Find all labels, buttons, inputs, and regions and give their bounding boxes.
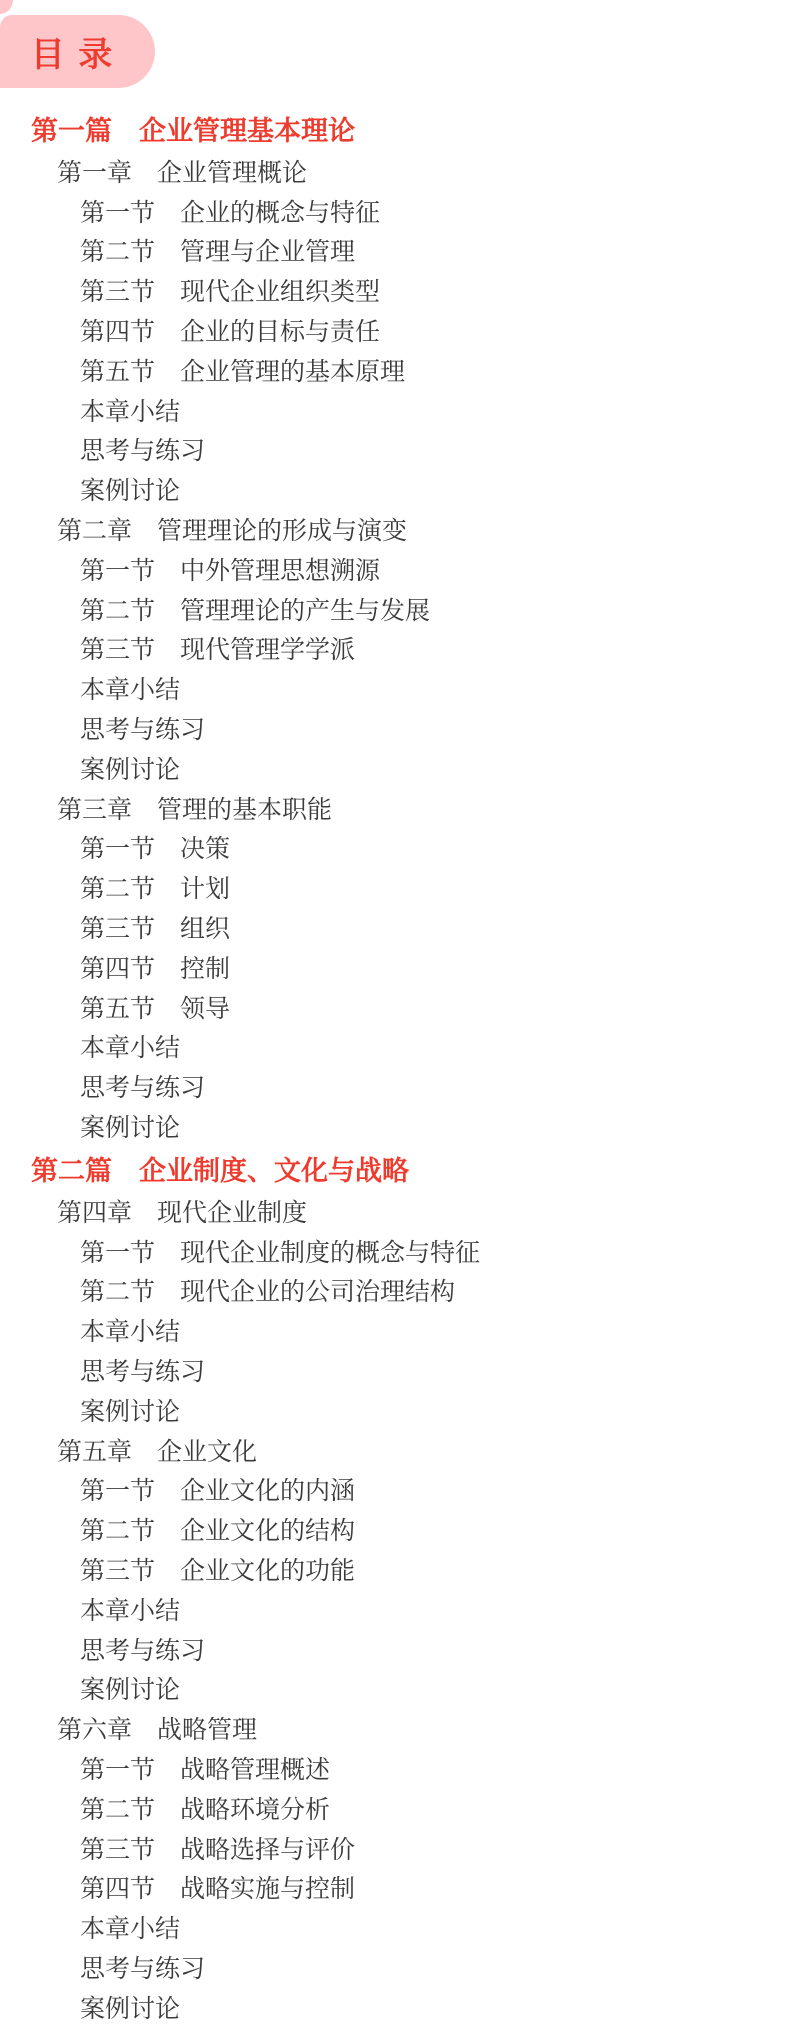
toc-entry-label: 第一章 xyxy=(57,153,132,189)
toc-entry-chapter[interactable]: 第六章战略管理 xyxy=(0,1708,790,1748)
toc-entry-back[interactable]: 本章小结 xyxy=(0,1310,790,1350)
toc-entry-label: 第二章 xyxy=(57,511,132,547)
toc-entry-back[interactable]: 案例讨论 xyxy=(0,469,790,509)
toc-entry-title: 思考与练习 xyxy=(80,1068,205,1104)
toc-entry-section[interactable]: 第二节战略环境分析 xyxy=(0,1788,790,1828)
badge-corner-fragment xyxy=(0,0,13,14)
toc-entry-back[interactable]: 思考与练习 xyxy=(0,1350,790,1390)
toc-entry-back[interactable]: 本章小结 xyxy=(0,1027,790,1067)
toc-entry-label: 第一篇 xyxy=(31,109,112,148)
toc-entry-label: 第六章 xyxy=(57,1710,132,1746)
toc-entry-title: 计划 xyxy=(180,869,230,905)
toc-entry-title: 管理理论的形成与演变 xyxy=(157,511,407,547)
toc-entry-back[interactable]: 本章小结 xyxy=(0,1907,790,1947)
toc-entry-section[interactable]: 第一节企业文化的内涵 xyxy=(0,1470,790,1510)
toc-entry-label: 第三节 xyxy=(80,1551,155,1587)
toc-entry-title: 思考与练习 xyxy=(80,431,205,467)
toc-entry-title: 案例讨论 xyxy=(80,1108,180,1144)
toc-entry-label: 第一节 xyxy=(80,1471,155,1507)
toc-entry-label: 第一节 xyxy=(80,1233,155,1269)
toc-list: 第一篇企业管理基本理论第一章企业管理概论第一节企业的概念与特征第二节管理与企业管… xyxy=(0,106,790,2027)
toc-entry-title: 企业文化的功能 xyxy=(180,1551,355,1587)
toc-entry-section[interactable]: 第一节决策 xyxy=(0,828,790,868)
toc-entry-back[interactable]: 案例讨论 xyxy=(0,748,790,788)
toc-entry-back[interactable]: 思考与练习 xyxy=(0,1629,790,1669)
toc-entry-label: 第二节 xyxy=(80,232,155,268)
toc-entry-label: 第三节 xyxy=(80,630,155,666)
toc-entry-back[interactable]: 思考与练习 xyxy=(0,708,790,748)
toc-entry-section[interactable]: 第一节现代企业制度的概念与特征 xyxy=(0,1231,790,1271)
toc-entry-title: 管理的基本职能 xyxy=(157,790,332,826)
toc-entry-title: 思考与练习 xyxy=(80,1949,205,1985)
toc-entry-label: 第二节 xyxy=(80,1511,155,1547)
toc-entry-label: 第二节 xyxy=(80,869,155,905)
toc-entry-back[interactable]: 思考与练习 xyxy=(0,1947,790,1987)
toc-entry-back[interactable]: 案例讨论 xyxy=(0,1987,790,2027)
toc-entry-title: 企业的概念与特征 xyxy=(180,193,380,229)
toc-entry-title: 控制 xyxy=(180,949,230,985)
toc-entry-title: 案例讨论 xyxy=(80,1670,180,1706)
toc-entry-label: 第三节 xyxy=(80,1830,155,1866)
toc-entry-label: 第一节 xyxy=(80,193,155,229)
toc-entry-label: 第四章 xyxy=(57,1193,132,1229)
toc-entry-title: 企业管理基本理论 xyxy=(139,109,355,148)
toc-entry-back[interactable]: 思考与练习 xyxy=(0,430,790,470)
toc-entry-back[interactable]: 案例讨论 xyxy=(0,1668,790,1708)
toc-entry-section[interactable]: 第三节战略选择与评价 xyxy=(0,1828,790,1868)
toc-entry-title: 企业的目标与责任 xyxy=(180,312,380,348)
toc-entry-title: 案例讨论 xyxy=(80,471,180,507)
toc-entry-title: 战略选择与评价 xyxy=(180,1830,355,1866)
toc-entry-chapter[interactable]: 第四章现代企业制度 xyxy=(0,1191,790,1231)
toc-entry-title: 战略实施与控制 xyxy=(180,1869,355,1905)
toc-entry-title: 本章小结 xyxy=(80,670,180,706)
badge-pill: 目 录 xyxy=(0,15,155,88)
toc-entry-title: 中外管理思想溯源 xyxy=(180,551,380,587)
toc-entry-back[interactable]: 案例讨论 xyxy=(0,1106,790,1146)
toc-entry-label: 第二节 xyxy=(80,1272,155,1308)
toc-entry-section[interactable]: 第二节计划 xyxy=(0,867,790,907)
toc-entry-title: 组织 xyxy=(180,909,230,945)
toc-entry-title: 现代管理学学派 xyxy=(180,630,355,666)
toc-entry-title: 企业文化的内涵 xyxy=(180,1471,355,1507)
toc-entry-section[interactable]: 第四节控制 xyxy=(0,947,790,987)
toc-entry-label: 第二篇 xyxy=(31,1149,112,1188)
toc-entry-section[interactable]: 第四节战略实施与控制 xyxy=(0,1867,790,1907)
toc-entry-back[interactable]: 本章小结 xyxy=(0,668,790,708)
toc-entry-section[interactable]: 第五节企业管理的基本原理 xyxy=(0,350,790,390)
toc-entry-label: 第五节 xyxy=(80,989,155,1025)
toc-entry-label: 第五章 xyxy=(57,1432,132,1468)
toc-entry-title: 思考与练习 xyxy=(80,1352,205,1388)
toc-entry-title: 思考与练习 xyxy=(80,1631,205,1667)
toc-entry-title: 管理理论的产生与发展 xyxy=(180,591,430,627)
toc-entry-title: 决策 xyxy=(180,829,230,865)
toc-entry-label: 第三节 xyxy=(80,272,155,308)
toc-entry-title: 企业管理概论 xyxy=(157,153,307,189)
toc-entry-label: 第一节 xyxy=(80,829,155,865)
toc-entry-section[interactable]: 第三节企业文化的功能 xyxy=(0,1549,790,1589)
toc-entry-section[interactable]: 第四节企业的目标与责任 xyxy=(0,310,790,350)
toc-entry-back[interactable]: 思考与练习 xyxy=(0,1066,790,1106)
toc-entry-label: 第三节 xyxy=(80,909,155,945)
toc-entry-title: 现代企业组织类型 xyxy=(180,272,380,308)
toc-entry-title: 本章小结 xyxy=(80,392,180,428)
toc-entry-label: 第一节 xyxy=(80,551,155,587)
toc-entry-section[interactable]: 第三节现代管理学学派 xyxy=(0,629,790,669)
toc-entry-chapter[interactable]: 第二章管理理论的形成与演变 xyxy=(0,509,790,549)
toc-entry-section[interactable]: 第三节组织 xyxy=(0,907,790,947)
toc-entry-title: 现代企业制度 xyxy=(157,1193,307,1229)
toc-entry-title: 企业管理的基本原理 xyxy=(180,352,405,388)
toc-entry-label: 第四节 xyxy=(80,312,155,348)
toc-entry-title: 现代企业的公司治理结构 xyxy=(180,1272,455,1308)
page-title: 目 录 xyxy=(31,27,114,76)
toc-entry-chapter[interactable]: 第三章管理的基本职能 xyxy=(0,788,790,828)
toc-entry-section[interactable]: 第一节企业的概念与特征 xyxy=(0,191,790,231)
toc-entry-title: 企业制度、文化与战略 xyxy=(139,1149,409,1188)
toc-entry-part[interactable]: 第一篇企业管理基本理论 xyxy=(0,106,790,151)
toc-entry-section[interactable]: 第一节中外管理思想溯源 xyxy=(0,549,790,589)
toc-entry-label: 第二节 xyxy=(80,1790,155,1826)
toc-entry-back[interactable]: 案例讨论 xyxy=(0,1390,790,1430)
toc-entry-section[interactable]: 第三节现代企业组织类型 xyxy=(0,270,790,310)
toc-page: 目 录 第一篇企业管理基本理论第一章企业管理概论第一节企业的概念与特征第二节管理… xyxy=(0,0,790,2035)
toc-entry-label: 第二节 xyxy=(80,591,155,627)
toc-entry-section[interactable]: 第一节战略管理概述 xyxy=(0,1748,790,1788)
toc-entry-back[interactable]: 本章小结 xyxy=(0,390,790,430)
toc-entry-label: 第一节 xyxy=(80,1750,155,1786)
toc-entry-title: 思考与练习 xyxy=(80,710,205,746)
toc-entry-section[interactable]: 第五节领导 xyxy=(0,987,790,1027)
toc-entry-section[interactable]: 第二节管理理论的产生与发展 xyxy=(0,589,790,629)
toc-entry-back[interactable]: 本章小结 xyxy=(0,1589,790,1629)
toc-entry-title: 战略管理概述 xyxy=(180,1750,330,1786)
toc-entry-title: 战略环境分析 xyxy=(180,1790,330,1826)
toc-entry-title: 案例讨论 xyxy=(80,750,180,786)
toc-entry-title: 企业文化的结构 xyxy=(180,1511,355,1547)
toc-entry-title: 本章小结 xyxy=(80,1312,180,1348)
toc-entry-label: 第四节 xyxy=(80,949,155,985)
toc-entry-chapter[interactable]: 第五章企业文化 xyxy=(0,1430,790,1470)
toc-entry-title: 管理与企业管理 xyxy=(180,232,355,268)
toc-entry-title: 现代企业制度的概念与特征 xyxy=(180,1233,480,1269)
toc-entry-title: 本章小结 xyxy=(80,1028,180,1064)
toc-entry-chapter[interactable]: 第一章企业管理概论 xyxy=(0,151,790,191)
toc-entry-part[interactable]: 第二篇企业制度、文化与战略 xyxy=(0,1146,790,1191)
toc-entry-label: 第三章 xyxy=(57,790,132,826)
toc-entry-label: 第四节 xyxy=(80,1869,155,1905)
toc-entry-title: 案例讨论 xyxy=(80,1989,180,2025)
toc-entry-section[interactable]: 第二节现代企业的公司治理结构 xyxy=(0,1271,790,1311)
toc-entry-title: 本章小结 xyxy=(80,1909,180,1945)
toc-entry-title: 企业文化 xyxy=(157,1432,257,1468)
toc-entry-title: 领导 xyxy=(180,989,230,1025)
toc-entry-section[interactable]: 第二节管理与企业管理 xyxy=(0,231,790,271)
toc-entry-title: 战略管理 xyxy=(157,1710,257,1746)
toc-entry-section[interactable]: 第二节企业文化的结构 xyxy=(0,1509,790,1549)
toc-entry-title: 本章小结 xyxy=(80,1591,180,1627)
toc-entry-label: 第五节 xyxy=(80,352,155,388)
toc-entry-title: 案例讨论 xyxy=(80,1392,180,1428)
